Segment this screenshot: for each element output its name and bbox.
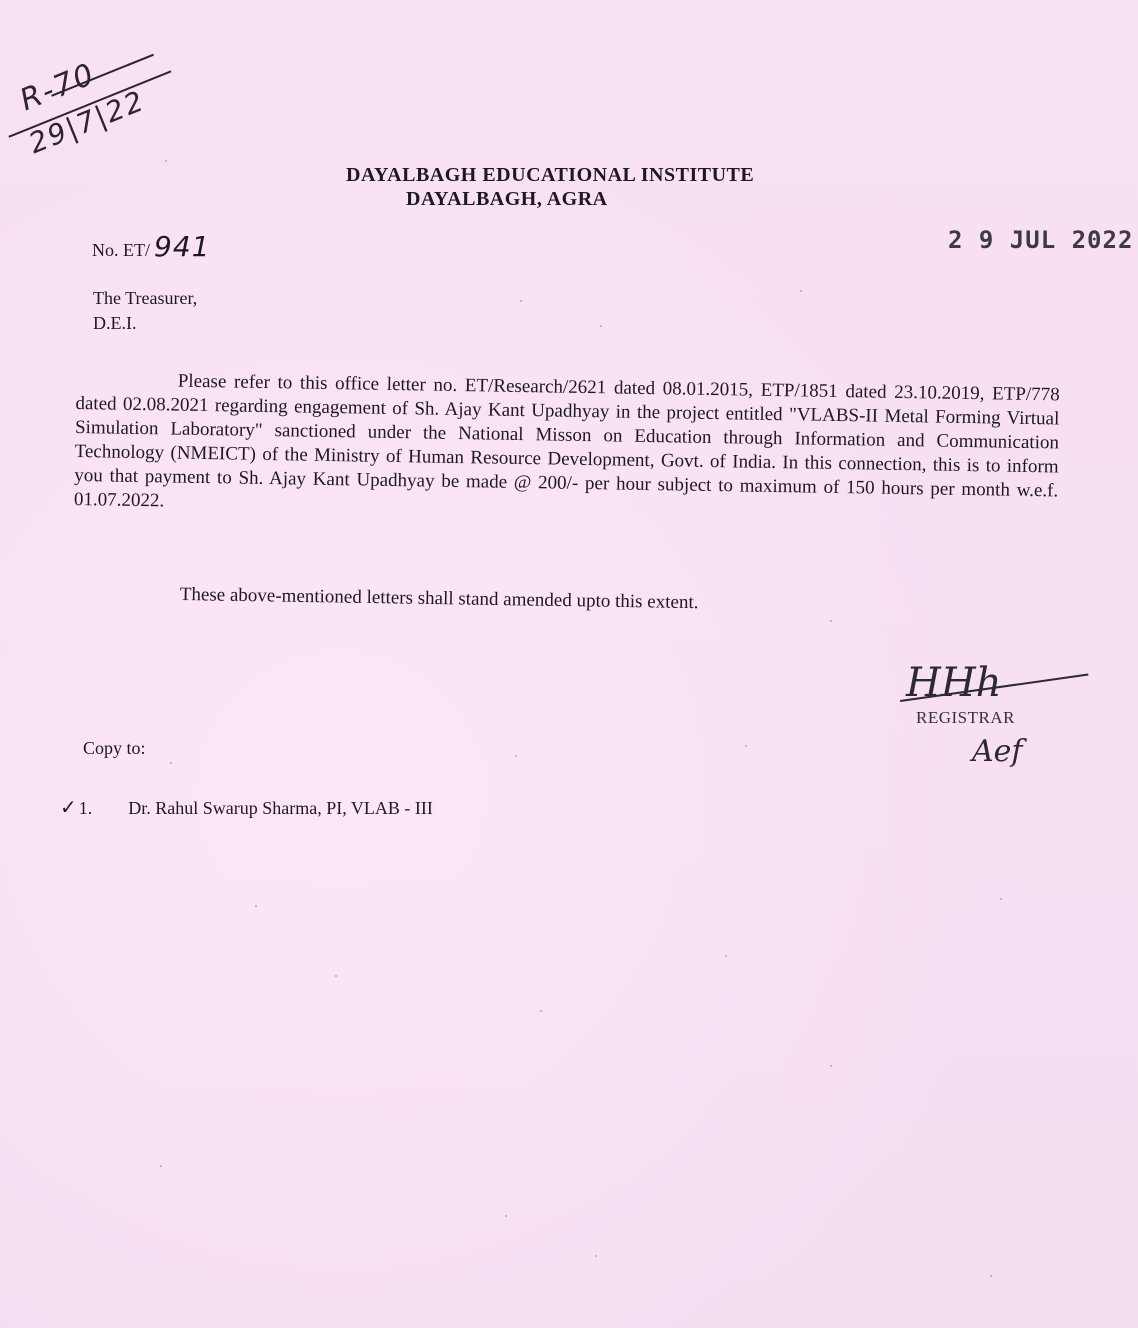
scan-speck: [745, 745, 747, 747]
scan-speck: [725, 955, 727, 957]
reference-prefix: No. ET/: [92, 240, 150, 260]
body-paragraph: Please refer to this office letter no. E…: [74, 368, 1060, 527]
institute-name: DAYALBAGH EDUCATIONAL INSTITUTE: [346, 164, 754, 186]
scan-speck: [520, 300, 522, 302]
scan-speck: [800, 290, 802, 292]
item-text: Dr. Rahul Swarup Sharma, PI, VLAB - III: [128, 798, 433, 818]
copy-to-label: Copy to:: [83, 738, 146, 759]
scan-speck: [1000, 898, 1002, 900]
handwritten-receipt-note: R-70 29|7|22: [0, 13, 196, 197]
amendment-paragraph: These above-mentioned letters shall stan…: [180, 584, 699, 614]
scan-speck: [335, 975, 337, 977]
scan-speck: [505, 1215, 507, 1217]
scan-speck: [515, 755, 517, 757]
scan-speck: [255, 905, 257, 907]
scan-speck: [595, 1255, 597, 1257]
copy-list-item: ✓1.Dr. Rahul Swarup Sharma, PI, VLAB - I…: [60, 795, 433, 819]
scan-speck: [160, 1165, 162, 1167]
item-number: 1.: [79, 798, 93, 818]
addressee-org: D.E.I.: [93, 311, 197, 336]
scan-speck: [990, 1275, 992, 1277]
institute-location: DAYALBAGH, AGRA: [346, 187, 754, 211]
scan-speck: [165, 160, 167, 162]
scan-speck: [830, 620, 832, 622]
scan-speck: [830, 1065, 832, 1067]
letterhead: DAYALBAGH EDUCATIONAL INSTITUTE DAYALBAG…: [346, 163, 754, 211]
scan-speck: [600, 325, 602, 327]
scan-speck: [540, 1010, 542, 1012]
reference-handwritten-number: 941: [154, 230, 210, 263]
body-paragraph-text: Please refer to this office letter no. E…: [74, 371, 1060, 512]
addressee: The Treasurer, D.E.I.: [93, 286, 197, 336]
reference-number: No. ET/941: [92, 230, 210, 263]
addressee-title: The Treasurer,: [93, 286, 197, 311]
initials-scribble: Aef: [972, 734, 1023, 769]
registrar-signature-block: HHh REGISTRAR Aef: [900, 660, 1100, 780]
designation: REGISTRAR: [916, 708, 1015, 728]
letter-page: R-70 29|7|22 DAYALBAGH EDUCATIONAL INSTI…: [0, 0, 1138, 1328]
scan-speck: [170, 762, 172, 764]
date-stamp: 2 9 JUL 2022: [948, 226, 1133, 254]
checkmark-icon: ✓: [60, 795, 77, 819]
